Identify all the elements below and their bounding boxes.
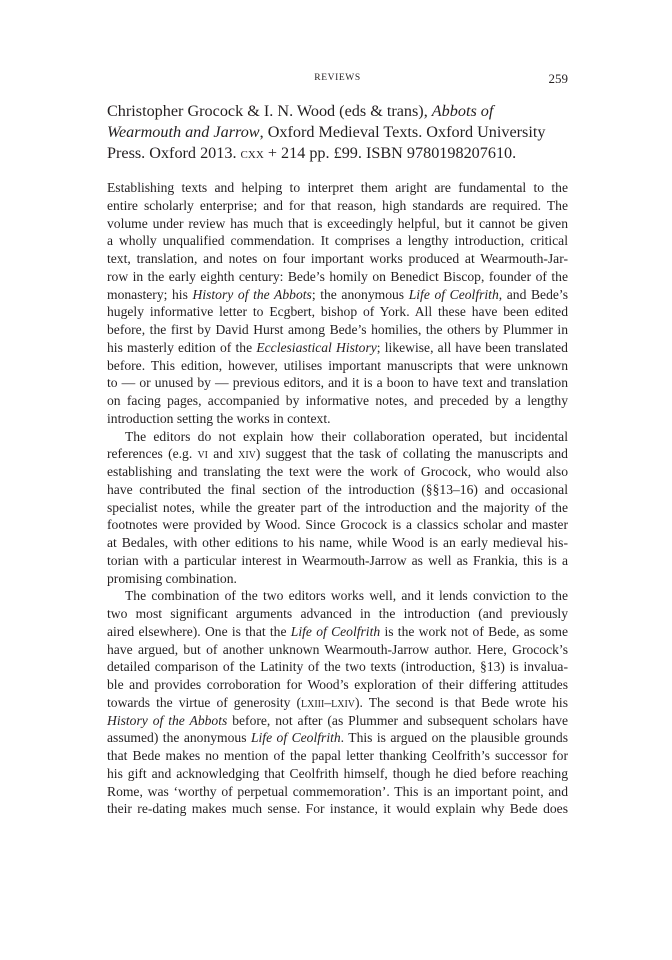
text-line: The combination of the two editors works… [107,587,568,605]
text-line: have contributed the final section of th… [107,481,568,499]
text-run: The combination of the two editors works… [125,588,568,603]
text-run: before, the first by David Hurst among B… [107,322,568,337]
text-run: two most significant arguments advanced … [107,606,568,621]
text-run: monastery; his [107,287,193,302]
text-run: Establishing texts and helping to interp… [107,180,568,195]
text-line: History of the Abbots before, not after … [107,712,568,730]
text-run: that Bede makes no mention of the papal … [107,748,568,763]
text-run: establishing and translating the text we… [107,464,568,479]
text-run: torian with a particular interest in Wea… [107,553,568,568]
text-line: row in the early eighth century: Bede’s … [107,268,568,286]
text-run: before, not after (as Plummer and subseq… [227,713,568,728]
text-run: ; the anonymous [312,287,409,302]
text-run: at Bedales, with other editions to his n… [107,535,568,550]
text-run: row in the early eighth century: Bede’s … [107,269,568,284]
text-run: specialist notes, while the greater part… [107,500,568,515]
text-line: promising combination. [107,570,568,588]
text-run: his gift and acknowledging that Ceolfrit… [107,766,568,781]
italic-title: Life of Ceolfrith [251,730,341,745]
text-line: references (e.g. vi and xiv) suggest tha… [107,445,568,463]
text-line: The editors do not explain how their col… [107,428,568,446]
small-caps-reference: vi [197,446,208,461]
text-run: towards the virtue of generosity ( [107,695,301,710]
text-run: have argued, but of another unknown Wear… [107,642,568,657]
italic-title: Life of Ceolfrith [409,287,499,302]
text-run: The editors do not explain how their col… [125,429,568,444]
text-line: their re-dating makes much sense. For in… [107,800,568,818]
text-run: their re-dating makes much sense. For in… [107,801,568,816]
text-run: ). The second is that Bede wrote his [355,695,568,710]
text-run: entire scholarly enterprise; and for tha… [107,198,568,213]
text-run: , and Bede’s [499,287,568,302]
text-run: to — or unused by — previous editors, an… [107,375,568,390]
text-run: aired elsewhere). One is that the [107,624,291,639]
citation-pagination-rest: + 214 pp. £99. ISBN 9780198207610. [264,144,516,162]
text-line: towards the virtue of generosity (lxiii–… [107,694,568,712]
text-run: a wholly unqualified commendation. It co… [107,233,568,248]
text-run: ) suggest that the task of collating the… [256,446,568,461]
review-body: Establishing texts and helping to interp… [107,179,568,818]
text-run: on facing pages, accompanied by informat… [107,393,568,408]
italic-title: History of the Abbots [193,287,312,302]
running-head-title: REVIEWS [107,73,568,83]
text-line: monastery; his History of the Abbots; th… [107,286,568,304]
text-run: introduction setting the works in contex… [107,411,331,426]
text-line: detailed comparison of the Latinity of t… [107,658,568,676]
text-run: hugely informative letter to Ecgbert, bi… [107,304,568,319]
text-line: assumed) the anonymous Life of Ceolfrith… [107,729,568,747]
text-line: Rome, was ‘worthy of perpetual commemora… [107,783,568,801]
text-line: establishing and translating the text we… [107,463,568,481]
text-line: entire scholarly enterprise; and for tha… [107,197,568,215]
text-line: Establishing texts and helping to interp… [107,179,568,197]
citation-authors: Christopher Grocock & I. N. Wood (eds & … [107,102,432,120]
book-citation: Christopher Grocock & I. N. Wood (eds & … [107,101,568,164]
text-run: have contributed the final section of th… [107,482,568,497]
text-line: torian with a particular interest in Wea… [107,552,568,570]
italic-title: History of the Abbots [107,713,227,728]
text-run: Rome, was ‘worthy of perpetual commemora… [107,784,568,799]
text-run: volume under review has much that is exc… [107,216,568,231]
text-run: . This is argued on the plausible ground… [341,730,568,745]
text-line: aired elsewhere). One is that the Life o… [107,623,568,641]
text-run: assumed) the anonymous [107,730,251,745]
paragraph: The editors do not explain how their col… [107,428,568,588]
italic-title: Ecclesiastical History [256,340,376,355]
text-run: ble and provides corroboration for Wood’… [107,677,568,692]
text-line: before. This edition, however, utilises … [107,357,568,375]
text-line: footnotes were provided by Wood. Since G… [107,516,568,534]
text-line: his gift and acknowledging that Ceolfrit… [107,765,568,783]
text-line: specialist notes, while the greater part… [107,499,568,517]
text-run: before. This edition, however, utilises … [107,358,568,373]
text-line: hugely informative letter to Ecgbert, bi… [107,303,568,321]
text-line: to — or unused by — previous editors, an… [107,374,568,392]
text-line: introduction setting the works in contex… [107,410,568,428]
small-caps-reference: lxiii–lxiv [301,695,355,710]
text-line: on facing pages, accompanied by informat… [107,392,568,410]
text-run: ; likewise, all have been translated [377,340,568,355]
text-run: promising combination. [107,571,237,586]
small-caps-reference: xiv [238,446,256,461]
italic-title: Life of Ceolfrith [291,624,380,639]
text-run: references (e.g. [107,446,197,461]
text-run: footnotes were provided by Wood. Since G… [107,517,568,532]
paragraph: Establishing texts and helping to interp… [107,179,568,428]
paragraph: The combination of the two editors works… [107,587,568,818]
text-run: is the work not of Bede, as some [380,624,568,639]
text-line: volume under review has much that is exc… [107,215,568,233]
text-run: his masterly edition of the [107,340,256,355]
text-run: and [208,446,238,461]
text-line: text, translation, and notes on four imp… [107,250,568,268]
text-line: ble and provides corroboration for Wood’… [107,676,568,694]
text-line: that Bede makes no mention of the papal … [107,747,568,765]
text-line: have argued, but of another unknown Wear… [107,641,568,659]
text-run: text, translation, and notes on four imp… [107,251,568,266]
citation-pagination-roman: cxx [241,144,264,162]
text-line: before, the first by David Hurst among B… [107,321,568,339]
text-line: two most significant arguments advanced … [107,605,568,623]
running-head: REVIEWS 259 [107,71,568,87]
page-number: 259 [549,71,569,87]
text-run: detailed comparison of the Latinity of t… [107,659,568,674]
text-line: his masterly edition of the Ecclesiastic… [107,339,568,357]
text-line: at Bedales, with other editions to his n… [107,534,568,552]
text-line: a wholly unqualified commendation. It co… [107,232,568,250]
